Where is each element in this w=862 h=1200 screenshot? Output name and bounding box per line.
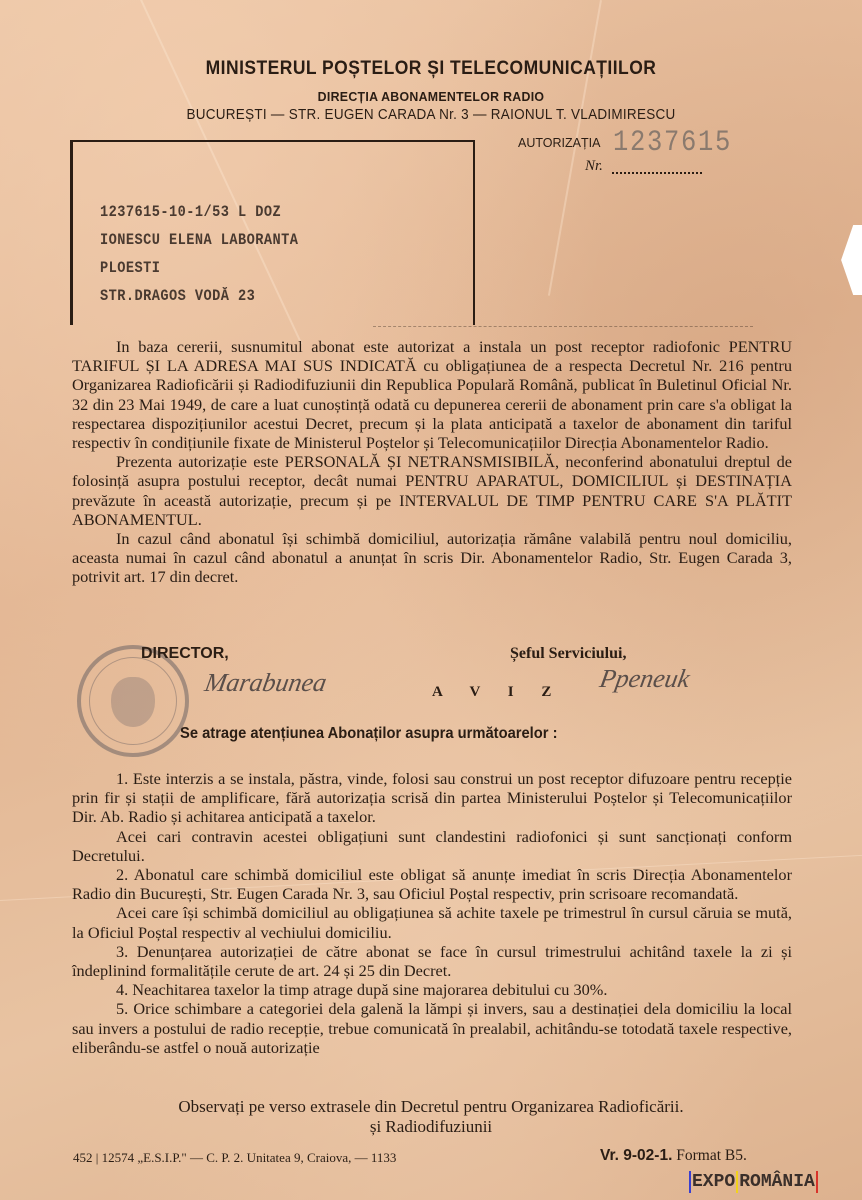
observation-line-1: Observați pe verso extrasele din Decretu… [0,1097,862,1117]
form-code: Vr. 9-02-1. [600,1147,672,1164]
coat-of-arms-emblem [111,677,155,727]
notice-intro: Se atrage atențiunea Abonaților asupra u… [180,725,557,743]
flag-bar-red [816,1171,818,1193]
notice-item-3: 3. Denunțarea autorizației de către abon… [72,942,792,980]
director-signature: Marabunea [202,668,329,698]
directorate-title: DIRECȚIA ABONAMENTELOR RADIO [22,89,841,104]
notice-item-2: 2. Abonatul care schimbă domiciliul este… [72,865,792,903]
ministry-title: MINISTERUL POȘTELOR ȘI TELECOMUNICAȚIILO… [34,58,827,80]
paper-tear [840,225,862,295]
subscriber-street: STR.DRAGOS VODĂ 23 [100,287,255,305]
watermark-left: EXPO [692,1172,735,1192]
notice-items: 1. Este interzis a se instala, păstra, v… [72,769,792,1057]
subscriber-reference: 1237615-10-1/53 L DOZ [100,203,281,221]
footer-observation: Observați pe verso extrasele din Decretu… [0,1097,862,1137]
authorization-number: 1237615 [613,126,732,160]
form-size: Format B5. [676,1147,747,1164]
body-paragraph-1: In baza cererii, susnumitul abonat este … [72,337,792,452]
watermark-right: ROMÂNIA [739,1172,815,1192]
notice-item-5: 5. Orice schimbare a categoriei dela gal… [72,999,792,1057]
expo-romania-watermark: EXPO ROMÂNIA [688,1171,819,1193]
notice-item-2-note: Acei care își schimbă domiciliul au obli… [72,903,792,941]
chief-signature: Ppeneuk [597,664,692,694]
body-paragraph-3: In cazul când abonatul își schimbă domic… [72,529,792,587]
notice-item-1-note: Acei cari contravin acestei obligațiuni … [72,827,792,865]
header-address: BUCUREȘTI — STR. EUGEN CARADA Nr. 3 — RA… [30,107,832,123]
box-dotted-line [373,326,753,327]
form-format: Vr. 9-02-1. Format B5. [600,1147,747,1165]
chief-label: Șeful Serviciului, [510,645,626,663]
observation-line-2: și Radiodifuziunii [0,1117,862,1137]
flag-bar-yellow [736,1171,738,1193]
body-paragraph-2: Prezenta autorizație este PERSONALĂ ȘI N… [72,452,792,529]
authorization-nr-label: Nr. [585,158,603,175]
notice-title: A V I Z [432,684,563,701]
director-label: DIRECTOR, [141,645,229,663]
subscriber-name: IONESCU ELENA LABORANTA [100,231,298,249]
authorization-label: AUTORIZAȚIA [518,136,600,150]
notice-item-4: 4. Neachitarea taxelor la timp atrage du… [72,980,792,999]
authorization-body: In baza cererii, susnumitul abonat este … [72,337,792,587]
authorization-nr-line [612,160,702,174]
notice-item-1: 1. Este interzis a se instala, păstra, v… [72,769,792,827]
flag-bar-blue [689,1171,691,1193]
printer-imprint: 452 | 12574 „E.S.I.P." — C. P. 2. Unitat… [73,1150,396,1166]
subscriber-city: PLOESTI [100,259,160,277]
